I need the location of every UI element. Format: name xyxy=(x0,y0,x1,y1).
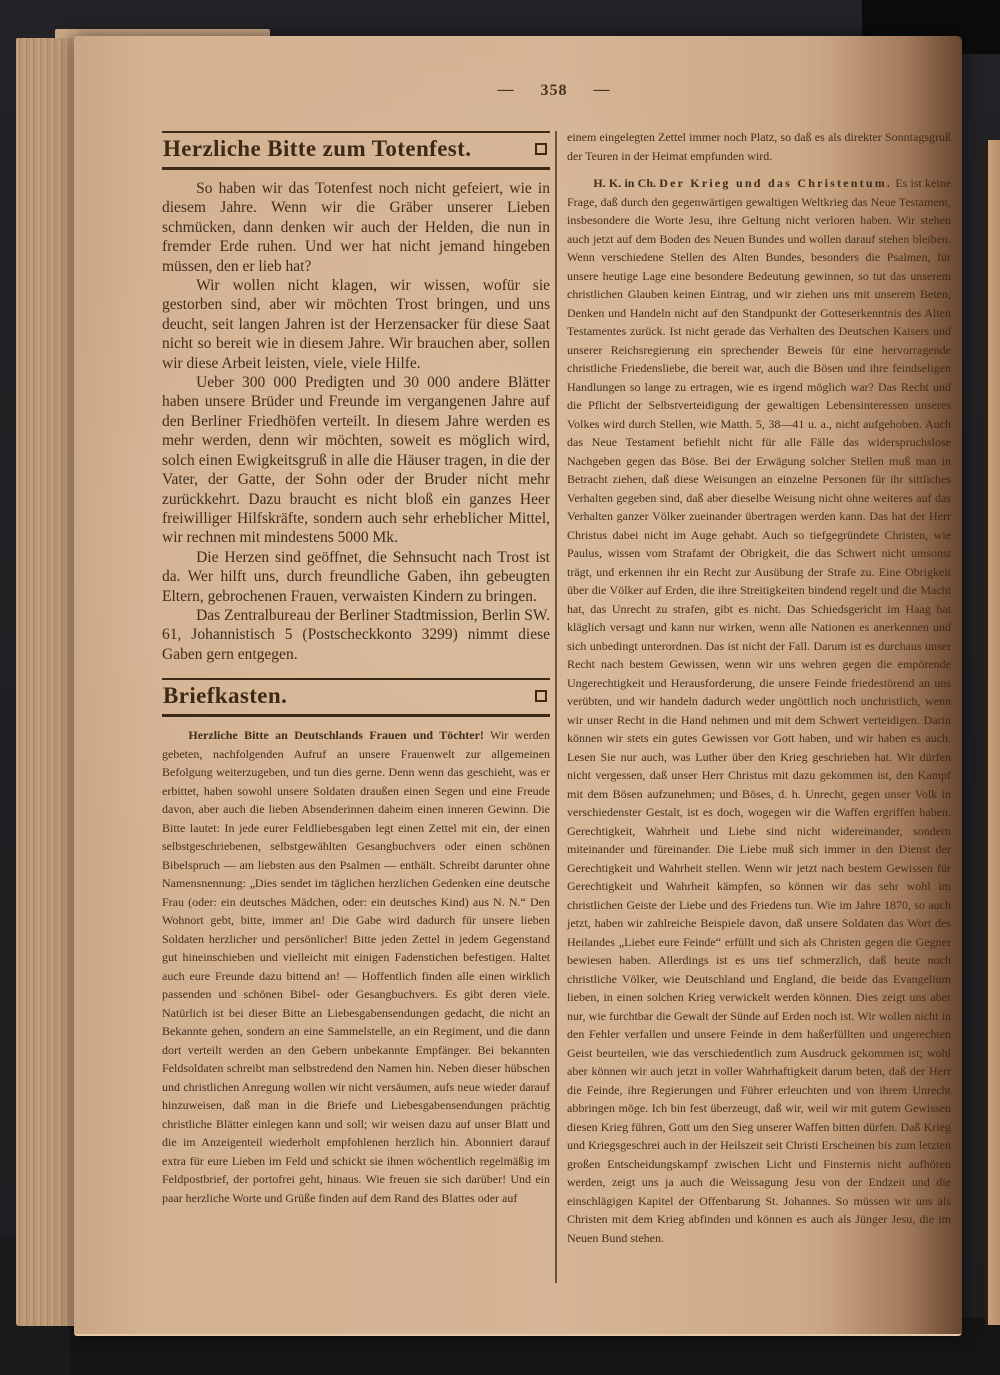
book-binding-page-stack xyxy=(16,38,76,1326)
page-number-dash-left: — xyxy=(498,81,515,99)
column-divider-rule xyxy=(555,131,557,1283)
paragraph: Ueber 300 000 Predigten und 30 000 ander… xyxy=(162,373,550,548)
heading-end-box-icon xyxy=(535,690,547,702)
letter-text: Es ist keine Frage, daß durch den gegenw… xyxy=(567,176,951,1245)
heading-end-box-icon xyxy=(535,143,547,155)
paragraph: So haben wir das Totenfest noch nicht ge… xyxy=(162,179,550,276)
page-number-value: 358 xyxy=(541,82,568,99)
paragraph: Wir wollen nicht klagen, wir wissen, wof… xyxy=(162,276,550,373)
article-totenfest: Herzliche Bitte zum Totenfest. So haben … xyxy=(162,131,550,664)
article-totenfest-body: So haben wir das Totenfest noch nicht ge… xyxy=(162,179,550,664)
page-number: —358— xyxy=(254,82,854,100)
scanned-book-page: —358— Herzliche Bitte zum Totenfest. So … xyxy=(0,0,1000,1375)
article-briefkasten-title: Briefkasten. xyxy=(163,683,287,709)
article-totenfest-header: Herzliche Bitte zum Totenfest. xyxy=(162,131,550,170)
next-page-edge xyxy=(985,140,1000,1325)
letter-salutation: H. K. in Ch. xyxy=(593,176,656,190)
paragraph: Herzliche Bitte an Deutschlands Frauen u… xyxy=(162,726,550,1207)
left-column: Herzliche Bitte zum Totenfest. So haben … xyxy=(162,131,550,1207)
article-totenfest-title: Herzliche Bitte zum Totenfest. xyxy=(163,136,471,162)
page: —358— Herzliche Bitte zum Totenfest. So … xyxy=(74,36,962,1336)
paragraph: Das Zentralbureau der Berliner Stadtmiss… xyxy=(162,606,550,664)
continuation-paragraph: einem eingelegten Zettel immer noch Plat… xyxy=(567,128,951,165)
letter-title: Der Krieg und das Christentum. xyxy=(659,176,892,190)
article-briefkasten-header: Briefkasten. xyxy=(162,678,550,717)
briefkasten-text: Wir werden gebeten, nachfolgenden Aufruf… xyxy=(162,728,550,1205)
letter-paragraph: H. K. in Ch. Der Krieg und das Christent… xyxy=(567,174,951,1247)
briefkasten-lead: Herzliche Bitte an Deutschlands Frauen u… xyxy=(188,728,484,742)
paragraph: Die Herzen sind geöffnet, die Sehnsucht … xyxy=(162,548,550,606)
right-column: einem eingelegten Zettel immer noch Plat… xyxy=(567,128,951,1247)
article-briefkasten: Briefkasten. Herzliche Bitte an Deutschl… xyxy=(162,678,550,1207)
page-number-dash-right: — xyxy=(594,81,611,99)
article-briefkasten-body: Herzliche Bitte an Deutschlands Frauen u… xyxy=(162,726,550,1207)
